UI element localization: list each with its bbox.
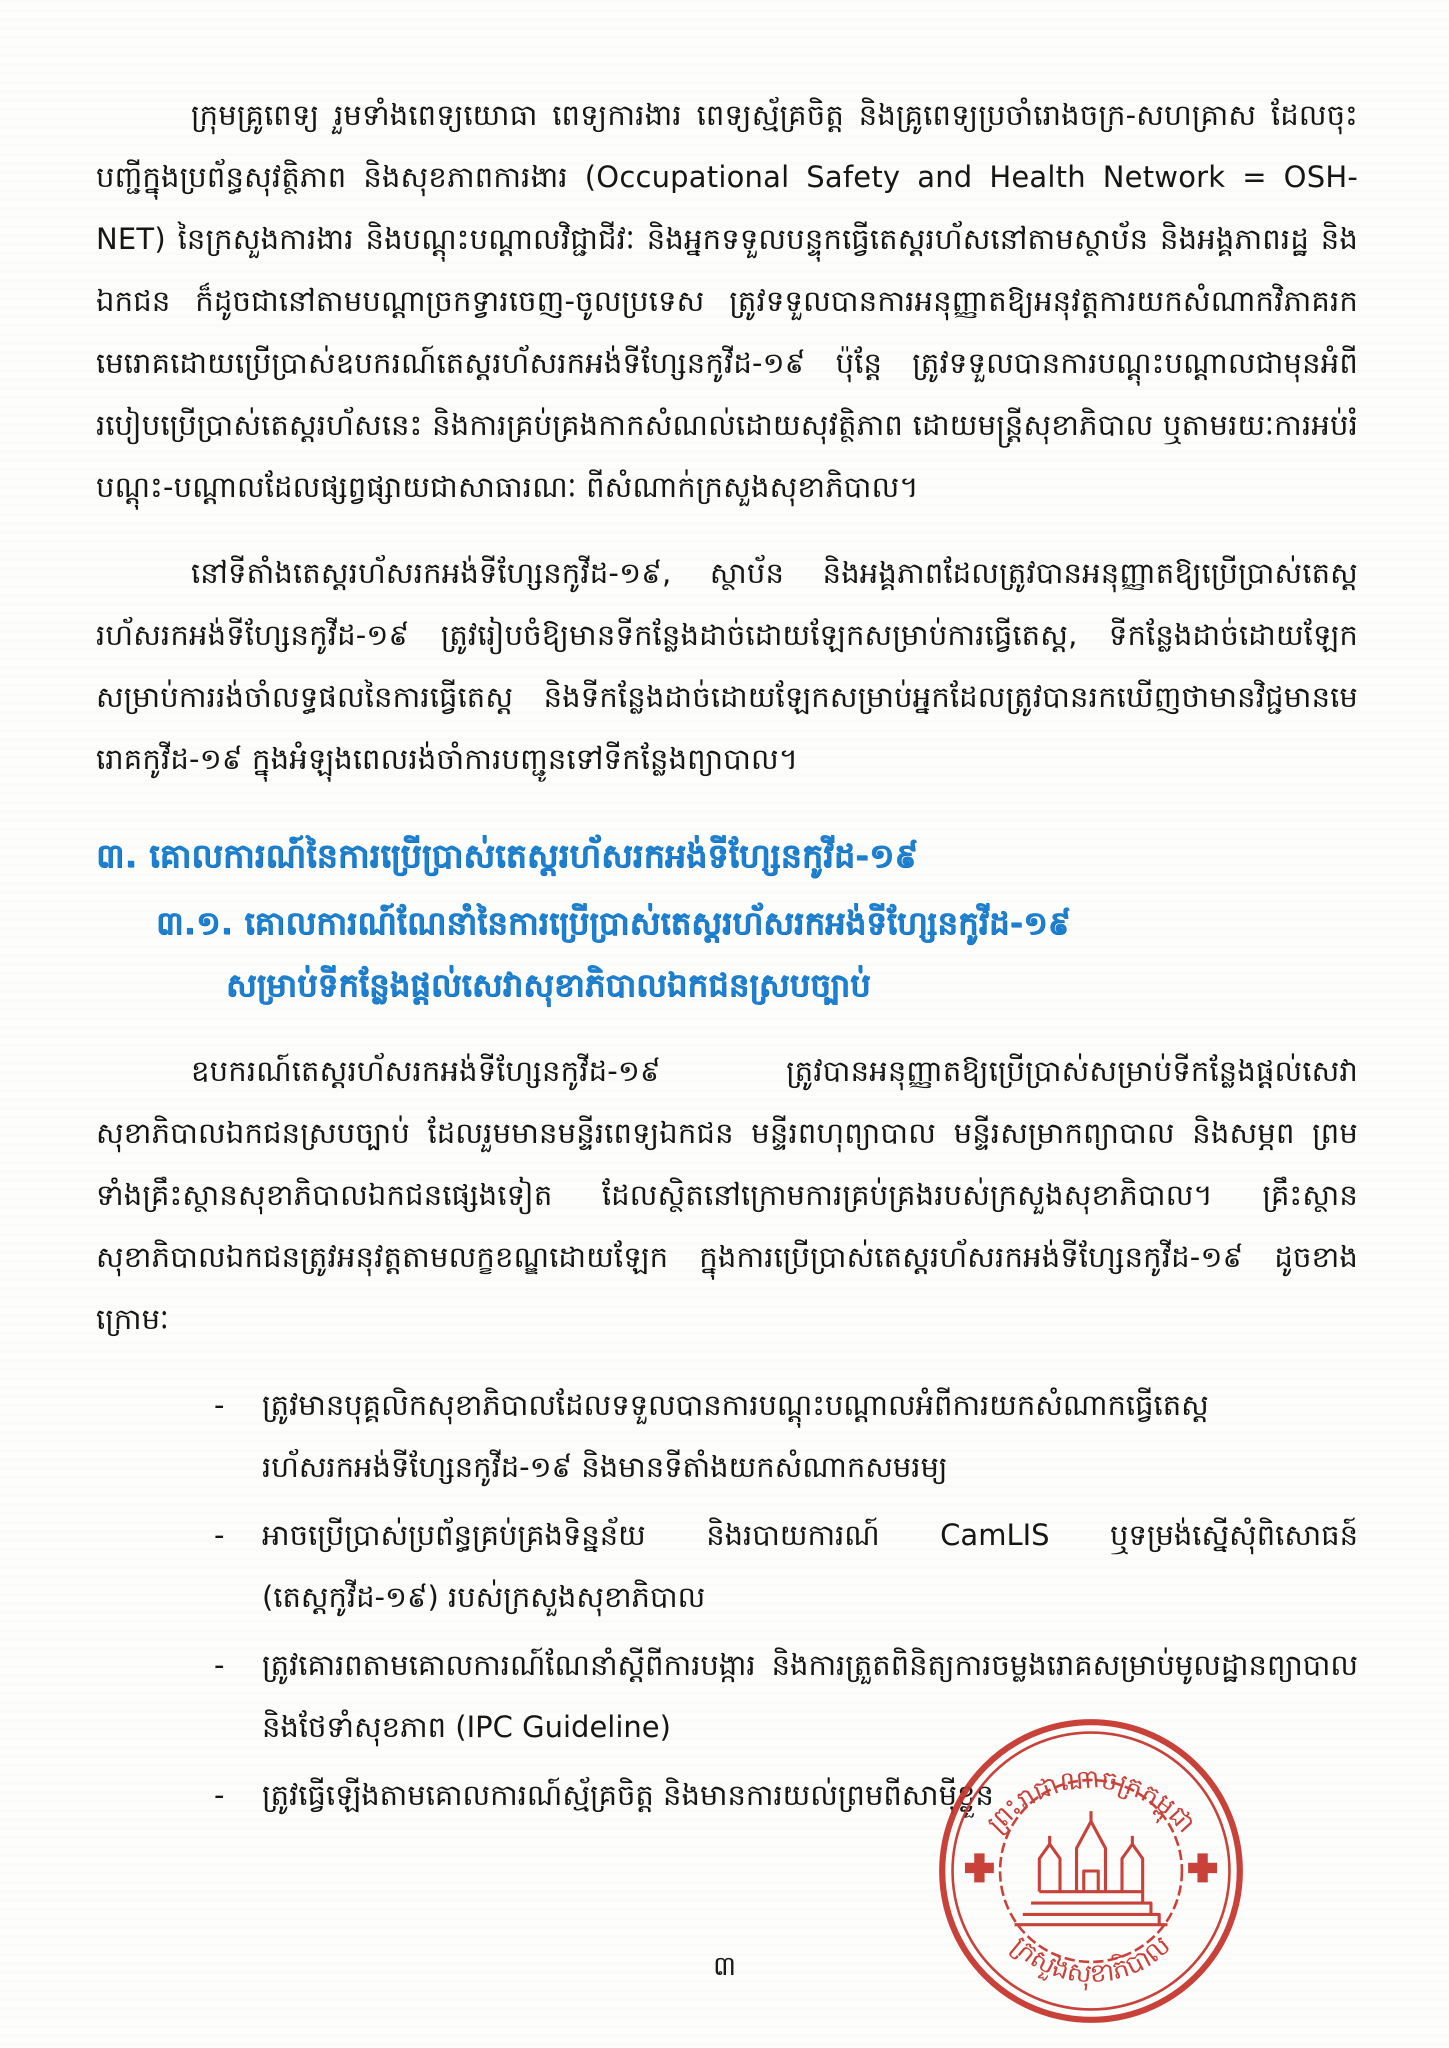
- bullet-list: - ត្រូវមានបុគ្គលិកសុខាភិបាលដែលទទួលបានការ…: [96, 1374, 1358, 1826]
- section-heading-3-1-line1: ៣.១. គោលការណ៍ណែនាំនៃការប្រើប្រាស់តេស្តរហ…: [156, 892, 1358, 954]
- list-item-text: ត្រូវគោរពតាមគោលការណ៍ណែនាំស្តីពីការបង្ការ…: [262, 1634, 1358, 1758]
- paragraph-1: ក្រុមគ្រូពេទ្យ រួមទាំងពេទ្យយោធា ពេទ្យការ…: [96, 84, 1358, 518]
- paragraph-3: ឧបករណ៍តេស្តរហ័សរកអង់ទីហ្សែនកូវីដ-១៩ ត្រូ…: [96, 1040, 1358, 1350]
- list-item: - ត្រូវមានបុគ្គលិកសុខាភិបាលដែលទទួលបានការ…: [96, 1374, 1358, 1498]
- document-page: ក្រុមគ្រូពេទ្យ រួមទាំងពេទ្យយោធា ពេទ្យការ…: [0, 0, 1449, 2048]
- list-item-text: ត្រូវធ្វើឡើងតាមគោលការណ៍ស្ម័គ្រចិត្ត និងម…: [262, 1764, 1358, 1826]
- paragraph-2: នៅទីតាំងតេស្តរហ័សរកអង់ទីហ្សែនកូវីដ-១៩, ស…: [96, 542, 1358, 790]
- dash-marker: -: [214, 1374, 262, 1436]
- list-item-text: ត្រូវមានបុគ្គលិកសុខាភិបាលដែលទទួលបានការបណ…: [262, 1374, 1358, 1498]
- red-cross-icon: [965, 1853, 1217, 1882]
- list-item-text: អាចប្រើប្រាស់ប្រព័ន្ធគ្រប់គ្រងទិន្នន័យ ន…: [262, 1504, 1358, 1628]
- section-heading-3: ៣. គោលការណ៍នៃការប្រើប្រាស់តេស្តរហ័សរកអង់…: [96, 824, 1358, 888]
- list-item: - ត្រូវគោរពតាមគោលការណ៍ណែនាំស្តីពីការបង្ក…: [96, 1634, 1358, 1758]
- dash-marker: -: [214, 1764, 262, 1826]
- page-number: ៣: [0, 1950, 1449, 1989]
- dash-marker: -: [214, 1634, 262, 1696]
- list-item: - អាចប្រើប្រាស់ប្រព័ន្ធគ្រប់គ្រងទិន្នន័យ…: [96, 1504, 1358, 1628]
- list-item: - ត្រូវធ្វើឡើងតាមគោលការណ៍ស្ម័គ្រចិត្ត និ…: [96, 1764, 1358, 1826]
- text-column: ក្រុមគ្រូពេទ្យ រួមទាំងពេទ្យយោធា ពេទ្យការ…: [96, 84, 1358, 1832]
- dash-marker: -: [214, 1504, 262, 1566]
- section-heading-3-1-line2: សម្រាប់ទីកន្លែងផ្តល់សេវាសុខាភិបាលឯកជនស្រ…: [226, 954, 1358, 1016]
